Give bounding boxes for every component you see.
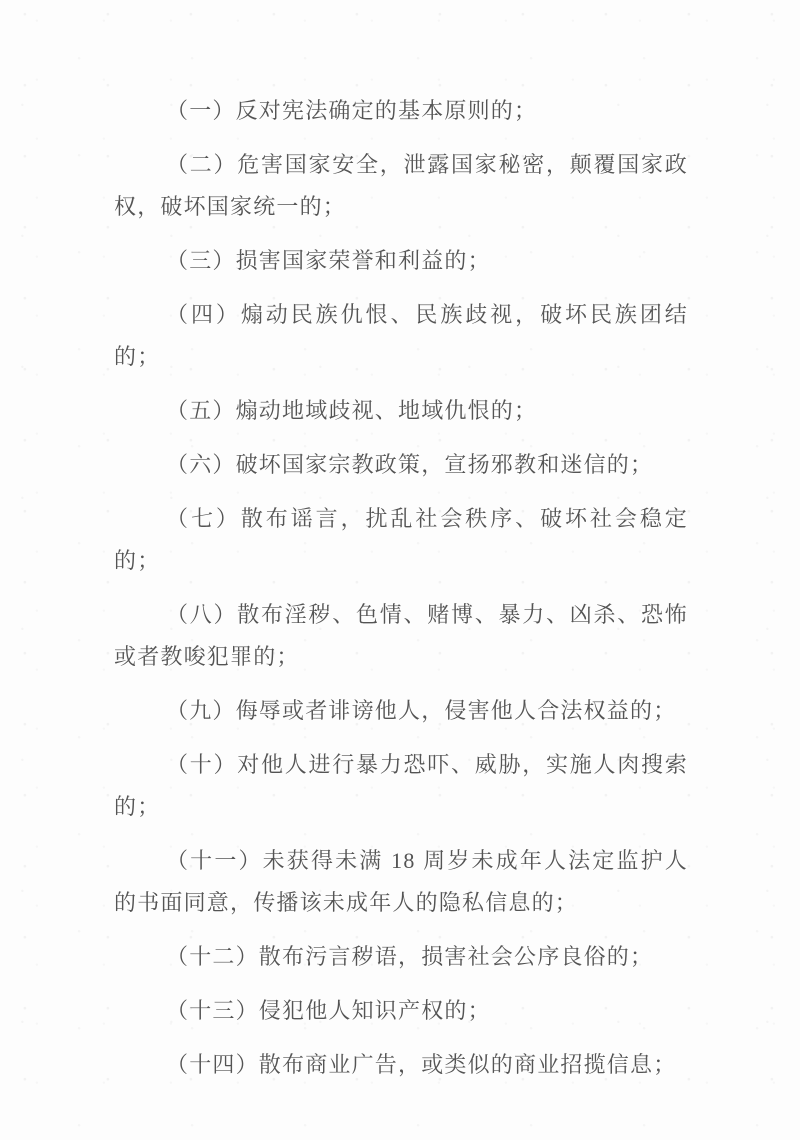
clause: （八）散布淫秽、色情、赌博、暴力、凶杀、恐怖或者教唆犯罪的； (114, 594, 688, 678)
clause: （一）反对宪法确定的基本原则的； (114, 90, 688, 132)
clause: （十二）散布污言秽语，损害社会公序良俗的； (114, 936, 688, 978)
clause: （十三）侵犯他人知识产权的； (114, 990, 688, 1032)
clause: （五）煽动地域歧视、地域仇恨的； (114, 390, 688, 432)
clause-list: （一）反对宪法确定的基本原则的；（二）危害国家安全，泄露国家秘密，颠覆国家政权，… (0, 0, 800, 1086)
clause: （六）破坏国家宗教政策，宣扬邪教和迷信的； (114, 444, 688, 486)
clause: （七）散布谣言，扰乱社会秩序、破坏社会稳定的； (114, 498, 688, 582)
clause: （十）对他人进行暴力恐吓、威胁，实施人肉搜索的； (114, 744, 688, 828)
clause: （十一）未获得未满 18 周岁未成年人法定监护人的书面同意，传播该未成年人的隐私… (114, 840, 688, 924)
clause: （四）煽动民族仇恨、民族歧视，破坏民族团结的； (114, 294, 688, 378)
clause: （三）损害国家荣誉和利益的； (114, 240, 688, 282)
document-page: （一）反对宪法确定的基本原则的；（二）危害国家安全，泄露国家秘密，颠覆国家政权，… (0, 0, 800, 1140)
clause: （二）危害国家安全，泄露国家秘密，颠覆国家政权，破坏国家统一的； (114, 144, 688, 228)
clause: （十四）散布商业广告，或类似的商业招揽信息； (114, 1044, 688, 1086)
clause: （九）侮辱或者诽谤他人，侵害他人合法权益的； (114, 690, 688, 732)
